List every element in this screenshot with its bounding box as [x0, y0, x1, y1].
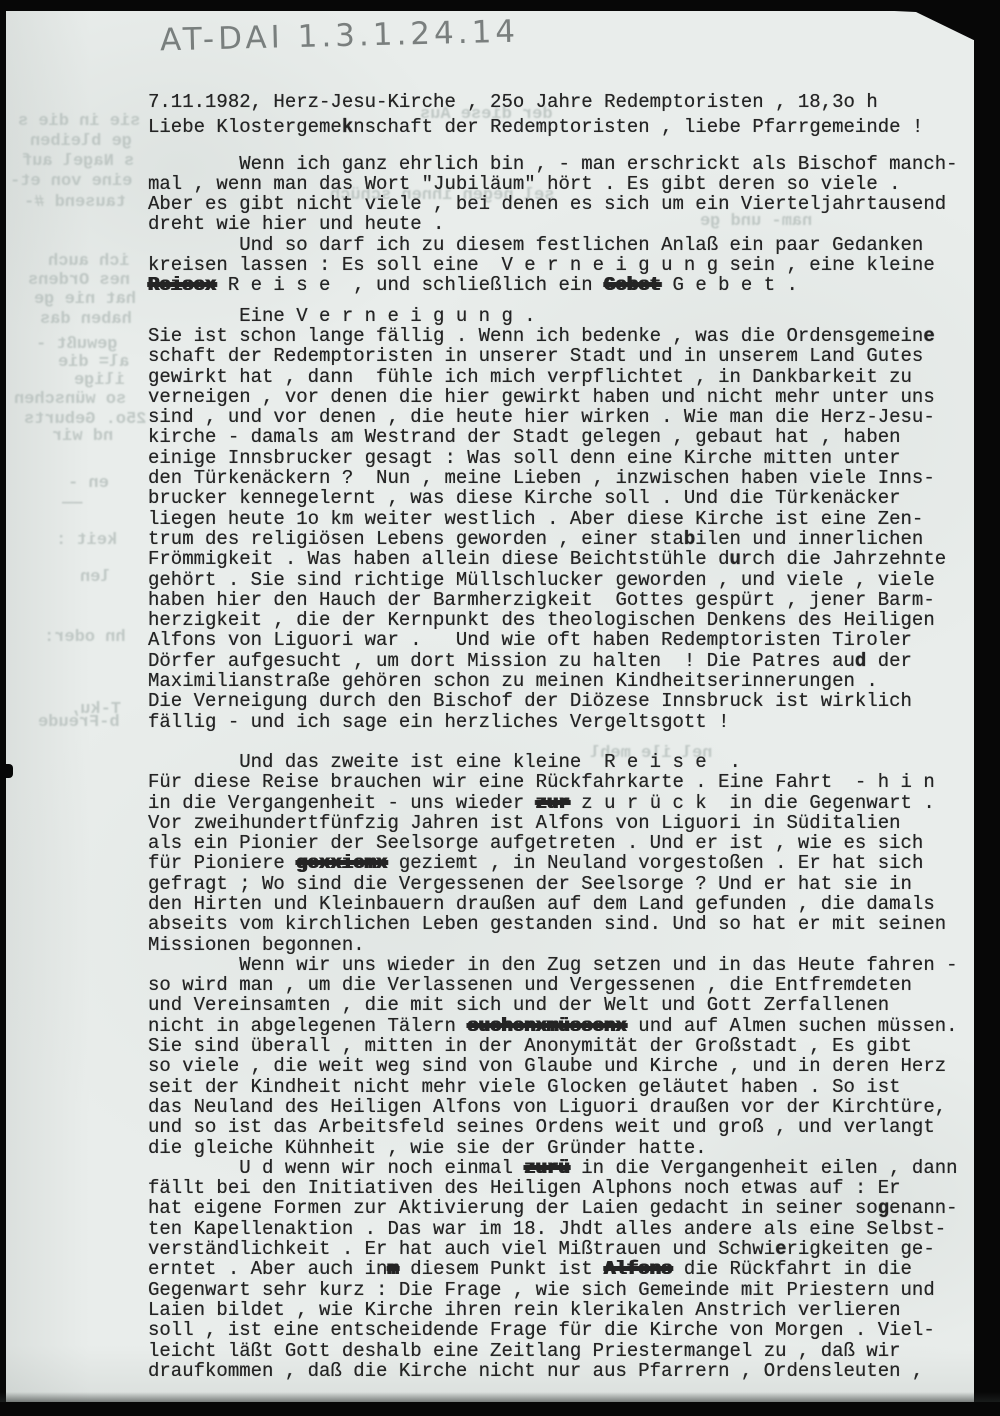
typewritten-text: Für diese Reise brauchen wir eine Rückfa…: [148, 771, 935, 793]
typewritten-text: fällig - und ich sage ein herzliches Ver…: [148, 711, 730, 733]
scan-border-left: [0, 0, 6, 1416]
typewritten-text: geziemt , in Neuland vorgestoßen . Er ha…: [387, 852, 923, 874]
bleedthrough-fragment: len: [80, 568, 111, 587]
document-line: gefragt ; Wo sind die Vergessenen der Se…: [148, 874, 978, 894]
bleedthrough-fragment: nes Ordens: [28, 271, 130, 290]
typewritten-text: enann-: [889, 1197, 957, 1219]
typewritten-text: verneigen , vor denen die hier gewirkt h…: [148, 386, 935, 408]
bleedthrough-fragment: nd wir: [52, 427, 113, 446]
typewritten-text: verständlichkeit . Er hat auch viel Mißt…: [148, 1238, 775, 1260]
document-line: verständlichkeit . Er hat auch viel Mißt…: [148, 1239, 978, 1259]
scan-border-notch: [0, 764, 13, 778]
document-line: als ein Pionier der Seelsorge aufgetrete…: [148, 833, 978, 853]
document-line: kirche - damals am Westrand der Stadt ge…: [148, 427, 978, 447]
bleedthrough-fragment: sie in die s: [18, 112, 140, 131]
typewritten-text: nicht in abgelegenen Tälern: [148, 1015, 467, 1037]
typewritten-text: seit der Kindheit nicht mehr viele Glock…: [148, 1076, 901, 1098]
document-line: so wird man , um die Verlassenen und Ver…: [148, 975, 978, 995]
document-line: draufkommen , daß die Kirche nicht nur a…: [148, 1361, 978, 1381]
bleedthrough-fragment: ge bleiben: [30, 132, 132, 151]
typewritten-text: trum des religiösen Lebens geworden , ei…: [148, 528, 684, 550]
document-line: in die Vergangenheit - uns wieder zur z …: [148, 793, 978, 813]
document-line: Die Verneigung durch den Bischof der Diö…: [148, 691, 978, 711]
typewritten-text: Wenn wir uns wieder in den Zug setzen un…: [148, 954, 958, 976]
typewritten-text: Vor zweihundertfünfzig Jahren ist Alfons…: [148, 812, 901, 834]
typewritten-text: Alfons von Liguori war . Und wie oft hab…: [148, 629, 912, 651]
typewritten-text: Und so darf ich zu diesem festlichen Anl…: [148, 234, 923, 256]
typewritten-text: und Vereinsamten , die mit sich und der …: [148, 994, 889, 1016]
typewritten-text: dreht wie hier und heute .: [148, 213, 444, 235]
overstruck-text: d: [855, 650, 866, 672]
bleedthrough-fragment: ——: [62, 494, 82, 513]
typewritten-text: Dörfer aufgesucht , um dort Mission zu h…: [148, 650, 855, 672]
overstruck-text: zurü: [524, 1157, 570, 1179]
typewritten-text: und so ist das Arbeitsfeld seines Ordens…: [148, 1116, 935, 1138]
document-line: liegen heute 1o km weiter westlich . Abe…: [148, 509, 978, 529]
document-line: Sie sind überall , mitten in der Anonymi…: [148, 1036, 978, 1056]
typewritten-text: der: [866, 650, 912, 672]
archive-reference-note: AT-DAI 1.3.1.24.14: [160, 14, 520, 59]
page-bottom-shadow: [0, 1392, 1000, 1402]
typewritten-text: Liebe Klostergeme: [148, 116, 342, 138]
typewritten-text: Wenn ich ganz ehrlich bin , - man erschr…: [148, 153, 958, 175]
typewritten-text: haben hier den Hauch der Barmherzigkeit …: [148, 589, 935, 611]
document-line: nicht in abgelegenen Tälern suchenxmüsse…: [148, 1016, 978, 1036]
document-line: für Pioniere gexxiemx geziemt , in Neula…: [148, 853, 978, 873]
document-line: und so ist das Arbeitsfeld seines Ordens…: [148, 1117, 978, 1137]
document-line: sind , und vor denen , die heute hier wi…: [148, 407, 978, 427]
typewritten-text: Laien bildet , wie Kirche ihren rein kle…: [148, 1299, 901, 1321]
typewritten-text: kirche - damals am Westrand der Stadt ge…: [148, 426, 901, 448]
typewritten-text: so wird man , um die Verlassenen und Ver…: [148, 974, 912, 996]
document-line: fällig - und ich sage ein herzliches Ver…: [148, 712, 978, 732]
document-line: Und das zweite ist eine kleine R e i s e…: [148, 752, 978, 772]
document-line: gehört . Sie sind richtige Müllschlucker…: [148, 570, 978, 590]
document-line: Für diese Reise brauchen wir eine Rückfa…: [148, 772, 978, 792]
bleedthrough-fragment: b-Freude: [38, 713, 120, 732]
bleedthrough-fragment: gewußt -: [36, 335, 118, 354]
document-line: und Vereinsamten , die mit sich und der …: [148, 995, 978, 1015]
bleedthrough-fragment: en -: [68, 474, 109, 493]
typewritten-text: gefragt ; Wo sind die Vergessenen der Se…: [148, 873, 912, 895]
typewritten-text: U d wenn wir noch einmal: [148, 1157, 524, 1179]
bleedthrough-fragment: keit :: [56, 531, 117, 550]
typewritten-text: die Rückfahrt in die: [673, 1258, 912, 1280]
document-line: haben hier den Hauch der Barmherzigkeit …: [148, 590, 978, 610]
overstruck-text: u: [730, 548, 741, 570]
typewritten-text: Frömmigkeit . Was haben allein diese Bei…: [148, 548, 730, 570]
typewritten-text: Maximilianstraße gehören schon zu meinen…: [148, 670, 878, 692]
typewritten-text: gewirkt hat , dann fühle ich mich verpfl…: [148, 366, 912, 388]
overstruck-text: gexxiemx: [296, 852, 387, 874]
typewritten-text: gehört . Sie sind richtige Müllschlucker…: [148, 569, 935, 591]
typewritten-text: fällt bei den Initiativen des Heiligen A…: [148, 1177, 901, 1199]
document-line: Frömmigkeit . Was haben allein diese Bei…: [148, 549, 978, 569]
document-line: leicht läßt Gott deshalb eine Zeitlang P…: [148, 1341, 978, 1361]
document-line: Gegenwart sehr kurz : Die Frage , wie si…: [148, 1280, 978, 1300]
document-line: herzigkeit , die der Kernpunkt des theol…: [148, 610, 978, 630]
typewritten-text: und auf Almen suchen müssen.: [627, 1015, 958, 1037]
typewritten-text: schaft der Redemptoristen in unserer Sta…: [148, 345, 923, 367]
bleedthrough-fragment: hat nie ge: [34, 290, 136, 309]
document-body: 7.11.1982, Herz-Jesu-Kirche , 25o Jahre …: [148, 92, 978, 1381]
overstruck-text: k: [342, 116, 353, 138]
typewritten-text: das Neuland des Heiligen Alfons von Ligu…: [148, 1096, 946, 1118]
scan-border-bottom: [0, 1402, 1000, 1416]
document-line: Wenn wir uns wieder in den Zug setzen un…: [148, 955, 978, 975]
document-line: fällt bei den Initiativen des Heiligen A…: [148, 1178, 978, 1198]
typewritten-text: den Hirten und Kleinbauern draußen auf d…: [148, 893, 935, 915]
bleedthrough-fragment: haben das: [40, 310, 132, 329]
document-line: dreht wie hier und heute .: [148, 214, 978, 234]
document-line: U d wenn wir noch einmal zurü in die Ver…: [148, 1158, 978, 1178]
typewritten-text: Missionen begonnen.: [148, 934, 365, 956]
typewritten-text: ilen und innerlichen: [695, 528, 923, 550]
typewritten-text: G e b e t .: [661, 274, 798, 296]
document-line: Aber es gibt nicht viele , bei denen es …: [148, 194, 978, 214]
typewritten-text: nschaft der Redemptoristen , liebe Pfarr…: [353, 116, 923, 138]
document-line: Wenn ich ganz ehrlich bin , - man erschr…: [148, 154, 978, 174]
typewritten-text: erntet . Aber auch in: [148, 1258, 387, 1280]
document-line: trum des religiösen Lebens geworden , ei…: [148, 529, 978, 549]
bleedthrough-fragment: ich auch: [48, 252, 130, 271]
typewritten-text: Sie ist schon lange fällig . Wenn ich be…: [148, 325, 923, 347]
typewritten-text: brucker kennegelernt , was diese Kirche …: [148, 487, 901, 509]
typewritten-text: die gleiche Kühnheit , wie sie der Gründ…: [148, 1137, 707, 1159]
document-line: abseits vom kirchlichen Leben gestanden …: [148, 914, 978, 934]
document-line: Reisex R e i s e , und schließlich ein G…: [148, 275, 978, 295]
overstruck-text: Alfons: [604, 1258, 672, 1280]
document-line: kreisen lassen : Es soll eine V e r n e …: [148, 255, 978, 275]
bleedthrough-fragment: al= die: [58, 353, 129, 372]
document-line: Alfons von Liguori war . Und wie oft hab…: [148, 630, 978, 650]
document-line: Liebe Klostergemeknschaft der Redemptori…: [148, 117, 978, 137]
typewritten-text: sind , und vor denen , die heute hier wi…: [148, 406, 935, 428]
document-line: einige Innsbrucker gesagt : Was soll den…: [148, 448, 978, 468]
bleedthrough-fragment: so wünschen: [14, 390, 126, 409]
typewritten-text: rigkeiten ge-: [787, 1238, 935, 1260]
document-line: 7.11.1982, Herz-Jesu-Kirche , 25o Jahre …: [148, 92, 978, 112]
typewritten-text: R e i s e , und schließlich ein: [216, 274, 604, 296]
bleedthrough-fragment: s Nagel auf: [22, 152, 134, 171]
typewritten-text: 7.11.1982, Herz-Jesu-Kirche , 25o Jahre …: [148, 91, 878, 113]
document-line: soll , ist eine entscheidende Frage für …: [148, 1320, 978, 1340]
typewritten-text: den Türkenäckern ? Nun , meine Lieben , …: [148, 467, 935, 489]
typewritten-text: leicht läßt Gott deshalb eine Zeitlang P…: [148, 1340, 901, 1362]
bleedthrough-fragment: ilige: [74, 371, 125, 390]
typewritten-text: herzigkeit , die der Kernpunkt des theol…: [148, 609, 935, 631]
typewritten-text: draufkommen , daß die Kirche nicht nur a…: [148, 1360, 923, 1382]
overstruck-text: Reisex: [148, 274, 216, 296]
bleedthrough-fragment: eine von et-: [10, 172, 132, 191]
document-line: Dörfer aufgesucht , um dort Mission zu h…: [148, 651, 978, 671]
document-line: gewirkt hat , dann fühle ich mich verpfl…: [148, 367, 978, 387]
typewritten-text: rch die Jahrzehnte: [741, 548, 946, 570]
document-line: seit der Kindheit nicht mehr viele Glock…: [148, 1077, 978, 1097]
document-line: Eine V e r n e i g u n g .: [148, 306, 978, 326]
typewritten-text: mal , wenn man das Wort "Jubiläum" hört …: [148, 173, 901, 195]
overstruck-text: zur: [536, 792, 570, 814]
document-line: so viele , die weit weg sind von Glaube …: [148, 1056, 978, 1076]
typewritten-text: in die Vergangenheit eilen , dann: [570, 1157, 958, 1179]
typewritten-text: liegen heute 1o km weiter westlich . Abe…: [148, 508, 923, 530]
document-line: Maximilianstraße gehören schon zu meinen…: [148, 671, 978, 691]
typewritten-text: soll , ist eine entscheidende Frage für …: [148, 1319, 935, 1341]
document-line: erntet . Aber auch inm diesem Punkt ist …: [148, 1259, 978, 1279]
document-line: ten Kapellenaktion . Das war im 18. Jhdt…: [148, 1219, 978, 1239]
document-line: den Türkenäckern ? Nun , meine Lieben , …: [148, 468, 978, 488]
document-line: verneigen , vor denen die hier gewirkt h…: [148, 387, 978, 407]
typewritten-text: diesem Punkt ist: [399, 1258, 604, 1280]
typewritten-text: hat eigene Formen zur Aktivierung der La…: [148, 1197, 878, 1219]
typewritten-text: Und das zweite ist eine kleine R e i s e…: [148, 751, 741, 773]
overstruck-text: m: [387, 1258, 398, 1280]
typewritten-text: für Pioniere: [148, 852, 296, 874]
overstruck-text: suchenxmüssenx: [467, 1015, 627, 1037]
bleedthrough-fragment: 25o. Geburts: [24, 410, 146, 429]
document-line: das Neuland des Heiligen Alfons von Ligu…: [148, 1097, 978, 1117]
document-line: schaft der Redemptoristen in unserer Sta…: [148, 346, 978, 366]
document-line: Und so darf ich zu diesem festlichen Anl…: [148, 235, 978, 255]
bleedthrough-fragment: T-ku,: [70, 700, 121, 719]
typewritten-text: in die Vergangenheit - uns wieder: [148, 792, 536, 814]
overstruck-text: e: [923, 325, 934, 347]
document-line: hat eigene Formen zur Aktivierung der La…: [148, 1198, 978, 1218]
typewritten-text: Sie sind überall , mitten in der Anonymi…: [148, 1035, 912, 1057]
document-line: Missionen begonnen.: [148, 935, 978, 955]
typewritten-text: Die Verneigung durch den Bischof der Diö…: [148, 690, 912, 712]
overstruck-text: b: [684, 528, 695, 550]
bleedthrough-fragment: hn oder:: [44, 628, 126, 647]
typewritten-text: Aber es gibt nicht viele , bei denen es …: [148, 193, 946, 215]
scanned-document-page: sie in die sge bleibens Nagel aufeine vo…: [0, 0, 1000, 1416]
document-line: Vor zweihundertfünfzig Jahren ist Alfons…: [148, 813, 978, 833]
overstruck-text: e: [775, 1238, 786, 1260]
typewritten-text: kreisen lassen : Es soll eine V e r n e …: [148, 254, 935, 276]
scan-border-right: [974, 0, 1000, 1416]
document-line: den Hirten und Kleinbauern draußen auf d…: [148, 894, 978, 914]
overstruck-text: Gebet: [604, 274, 661, 296]
typewritten-text: Eine V e r n e i g u n g .: [148, 305, 536, 327]
typewritten-text: so viele , die weit weg sind von Glaube …: [148, 1055, 946, 1077]
overstruck-text: g: [878, 1197, 889, 1219]
document-line: Sie ist schon lange fällig . Wenn ich be…: [148, 326, 978, 346]
typewritten-text: einige Innsbrucker gesagt : Was soll den…: [148, 447, 901, 469]
document-line: die gleiche Kühnheit , wie sie der Gründ…: [148, 1138, 978, 1158]
typewritten-text: z u r ü c k in die Gegenwart .: [570, 792, 935, 814]
typewritten-text: abseits vom kirchlichen Leben gestanden …: [148, 913, 946, 935]
typewritten-text: ten Kapellenaktion . Das war im 18. Jhdt…: [148, 1218, 946, 1240]
document-line: Laien bildet , wie Kirche ihren rein kle…: [148, 1300, 978, 1320]
document-line: mal , wenn man das Wort "Jubiläum" hört …: [148, 174, 978, 194]
scan-border-top: [0, 0, 1000, 11]
typewritten-text: als ein Pionier der Seelsorge aufgetrete…: [148, 832, 923, 854]
bleedthrough-fragment: tausend #-: [24, 193, 126, 212]
document-line: brucker kennegelernt , was diese Kirche …: [148, 488, 978, 508]
typewritten-text: Gegenwart sehr kurz : Die Frage , wie si…: [148, 1279, 935, 1301]
